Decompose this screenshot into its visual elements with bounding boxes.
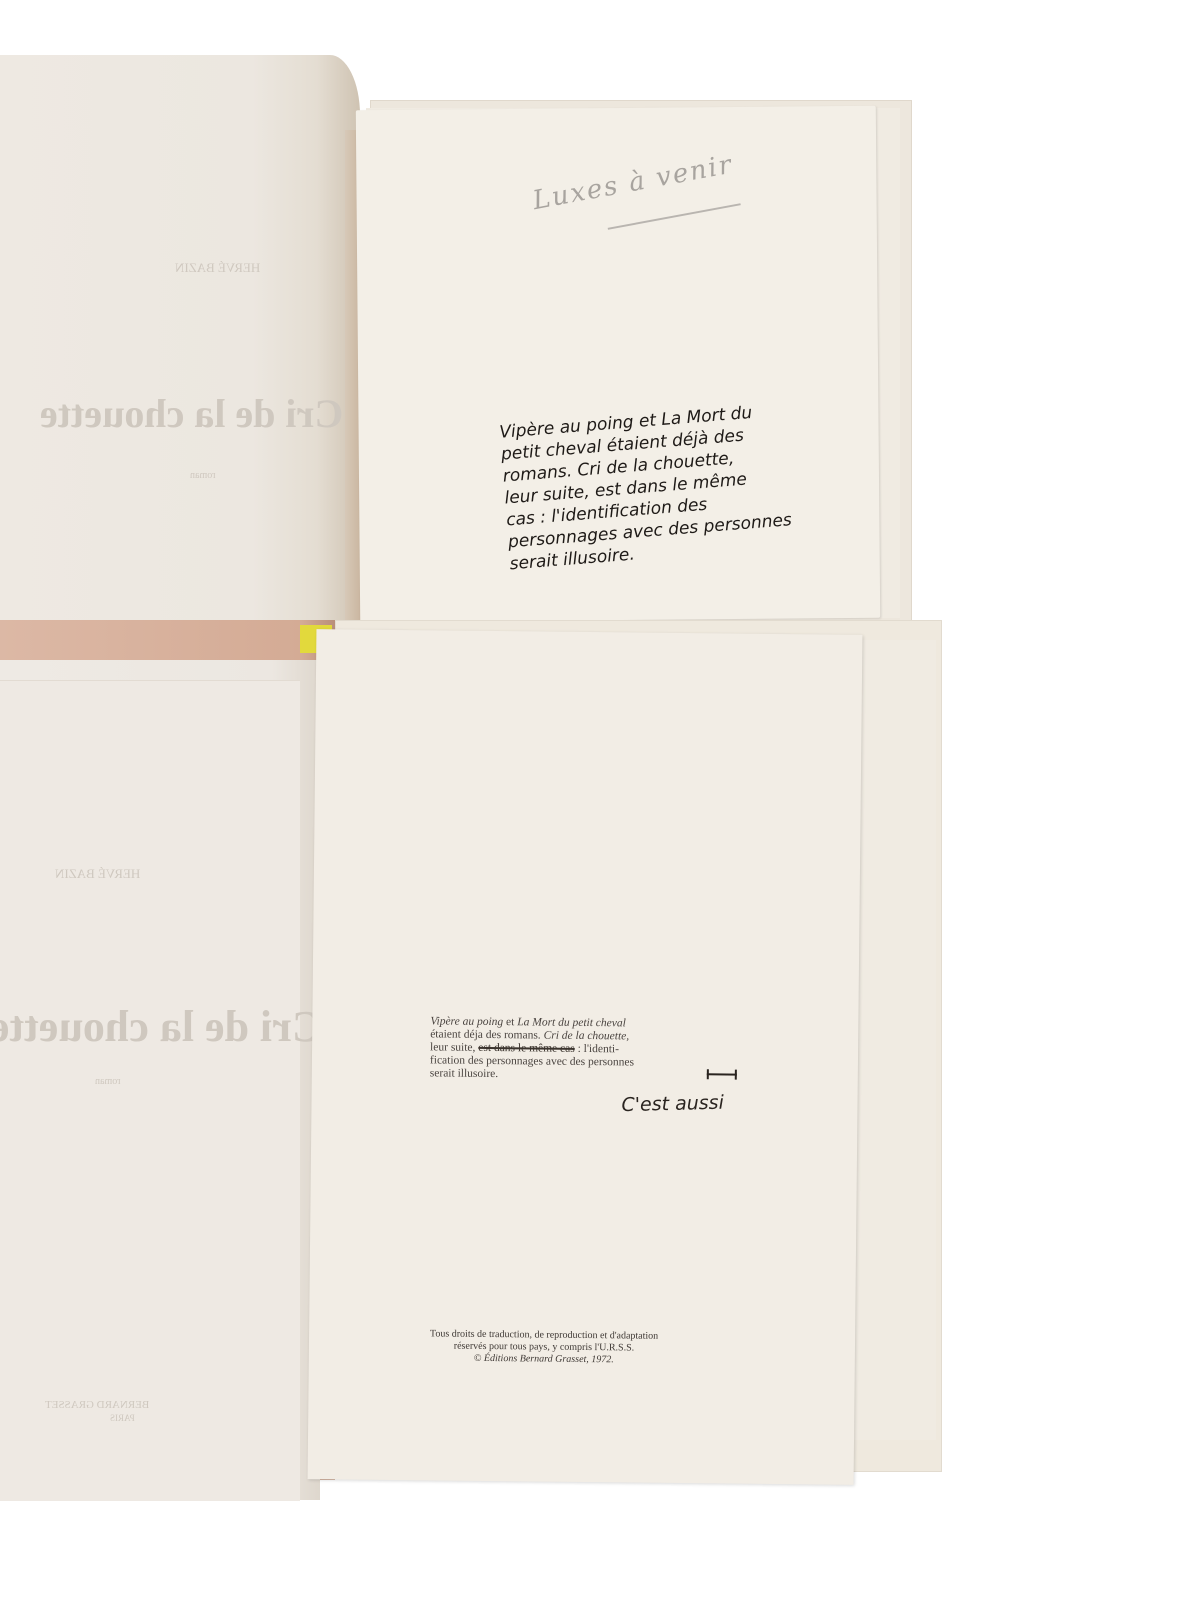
printed-conj: et [503, 1016, 517, 1028]
copyright-notice: Tous droits de traduction, de reproducti… [379, 1328, 709, 1367]
top-ghost-title-text: Cri de la chouette [40, 390, 343, 437]
printed-title-3: Cri de la chouette, [544, 1030, 630, 1043]
bottom-ghost-publisher-text: BERNARD GRASSET [45, 1399, 149, 1411]
bottom-stack-sheet [850, 640, 936, 1440]
top-ghost-subtitle: roman [190, 470, 216, 481]
handwritten-note: Vipère au poing et La Mort du petit chev… [499, 394, 870, 576]
struck-text: est dans le même cas [478, 1042, 575, 1055]
bottom-ghost-subtitle-text: roman [95, 1076, 121, 1087]
top-book-left-page: HERVÉ BAZIN Cri de la chouette roman [0, 55, 360, 635]
bottom-ghost-author-text: HERVÉ BAZIN [55, 866, 140, 882]
handwritten-correction: C'est aussi [621, 1092, 724, 1116]
top-manuscript-card: Luxes à venir Vipère au poing et La Mort… [356, 106, 880, 623]
bottom-ghost-publisher: BERNARD GRASSET [45, 1399, 149, 1411]
printed-title-1: Vipère au poing [430, 1015, 503, 1028]
top-ghost-subtitle-text: roman [190, 470, 216, 481]
bottom-ghost-title-text: Cri de la chouette [0, 1001, 324, 1052]
top-ghost-title: Cri de la chouette [40, 390, 343, 437]
copyright-line-3: © Éditions Bernard Grasset, 1972. [379, 1352, 709, 1367]
bottom-ghost-city: PARIS [110, 1413, 135, 1423]
top-ghost-author-text: HERVÉ BAZIN [175, 260, 260, 276]
pencil-note: Luxes à venir [530, 150, 735, 216]
top-ghost-author: HERVÉ BAZIN [175, 260, 260, 276]
printed-line-5: serait illusoire. [430, 1067, 498, 1080]
printed-proof-page: Vipère au poing et La Mort du petit chev… [308, 629, 863, 1485]
printed-title-2: La Mort du petit cheval [517, 1016, 626, 1029]
bottom-book-title-page: HERVÉ BAZIN Cri de la chouette roman BER… [0, 680, 300, 1501]
printed-line-2: étaient déja des romans. [430, 1028, 543, 1041]
bottom-ghost-city-text: PARIS [110, 1413, 135, 1423]
insertion-mark-icon [707, 1073, 737, 1075]
printed-line-4: fication des personnages avec des person… [430, 1054, 634, 1068]
printed-paragraph: Vipère au poing et La Mort du petit chev… [430, 1015, 701, 1083]
printed-line-3a: leur suite, [430, 1041, 478, 1054]
printed-line-3b: : l'identi- [575, 1043, 619, 1055]
bottom-ghost-author: HERVÉ BAZIN [55, 866, 140, 882]
bottom-ghost-subtitle: roman [95, 1076, 121, 1087]
pencil-underline [608, 203, 741, 230]
bottom-ghost-title: Cri de la chouette [0, 1001, 324, 1052]
